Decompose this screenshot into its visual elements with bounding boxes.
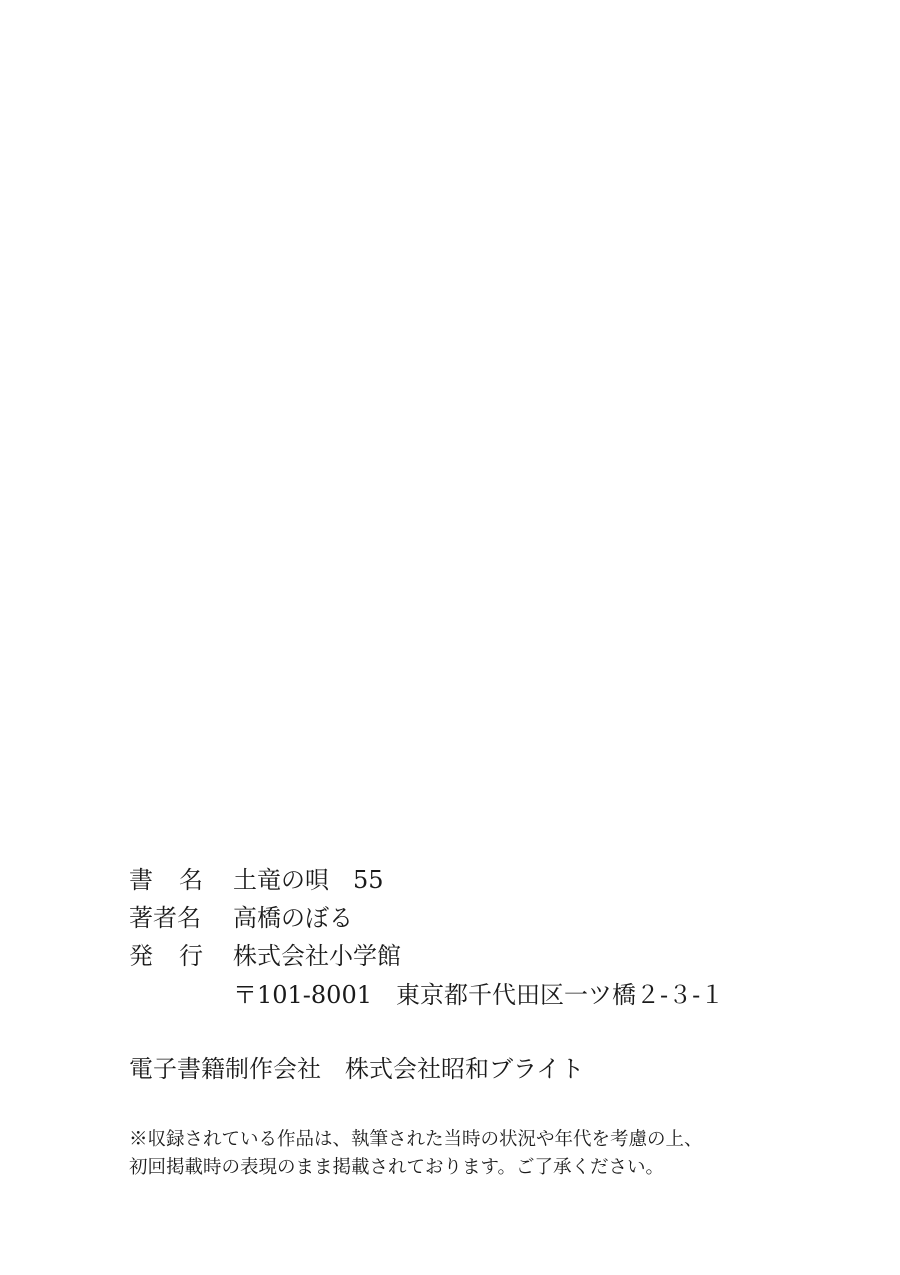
- author-row: 著者名高橋のぼる: [129, 900, 353, 936]
- notice-line: 初回掲載時の表現のまま掲載されております。ご了承ください。: [129, 1154, 703, 1182]
- publisher-row: 発行株式会社小学館: [129, 938, 401, 974]
- ebook-production-row: 電子書籍制作会社株式会社昭和ブライト: [129, 1051, 584, 1087]
- author-label: 著者名: [129, 900, 233, 936]
- book-title: 土竜の唄 55: [233, 862, 384, 898]
- ebook-production-company: 株式会社昭和ブライト: [345, 1055, 584, 1083]
- ebook-production-label: 電子書籍制作会社: [129, 1055, 321, 1083]
- postal-code: 〒101‐8001: [233, 981, 372, 1009]
- publisher-address: 〒101‐8001東京都千代田区一ツ橋２‐３‐１: [233, 977, 724, 1013]
- title-label: 書名: [129, 862, 233, 898]
- content-notice: ※収録されている作品は、執筆された当時の状況や年代を考慮の上、 初回掲載時の表現…: [129, 1126, 703, 1182]
- author-name: 高橋のぼる: [233, 900, 353, 936]
- notice-line: ※収録されている作品は、執筆された当時の状況や年代を考慮の上、: [129, 1126, 703, 1154]
- street-address: 東京都千代田区一ツ橋２‐３‐１: [396, 981, 724, 1009]
- publisher-name: 株式会社小学館: [233, 938, 401, 974]
- title-row: 書名土竜の唄 55: [129, 862, 384, 898]
- publisher-label: 発行: [129, 938, 233, 974]
